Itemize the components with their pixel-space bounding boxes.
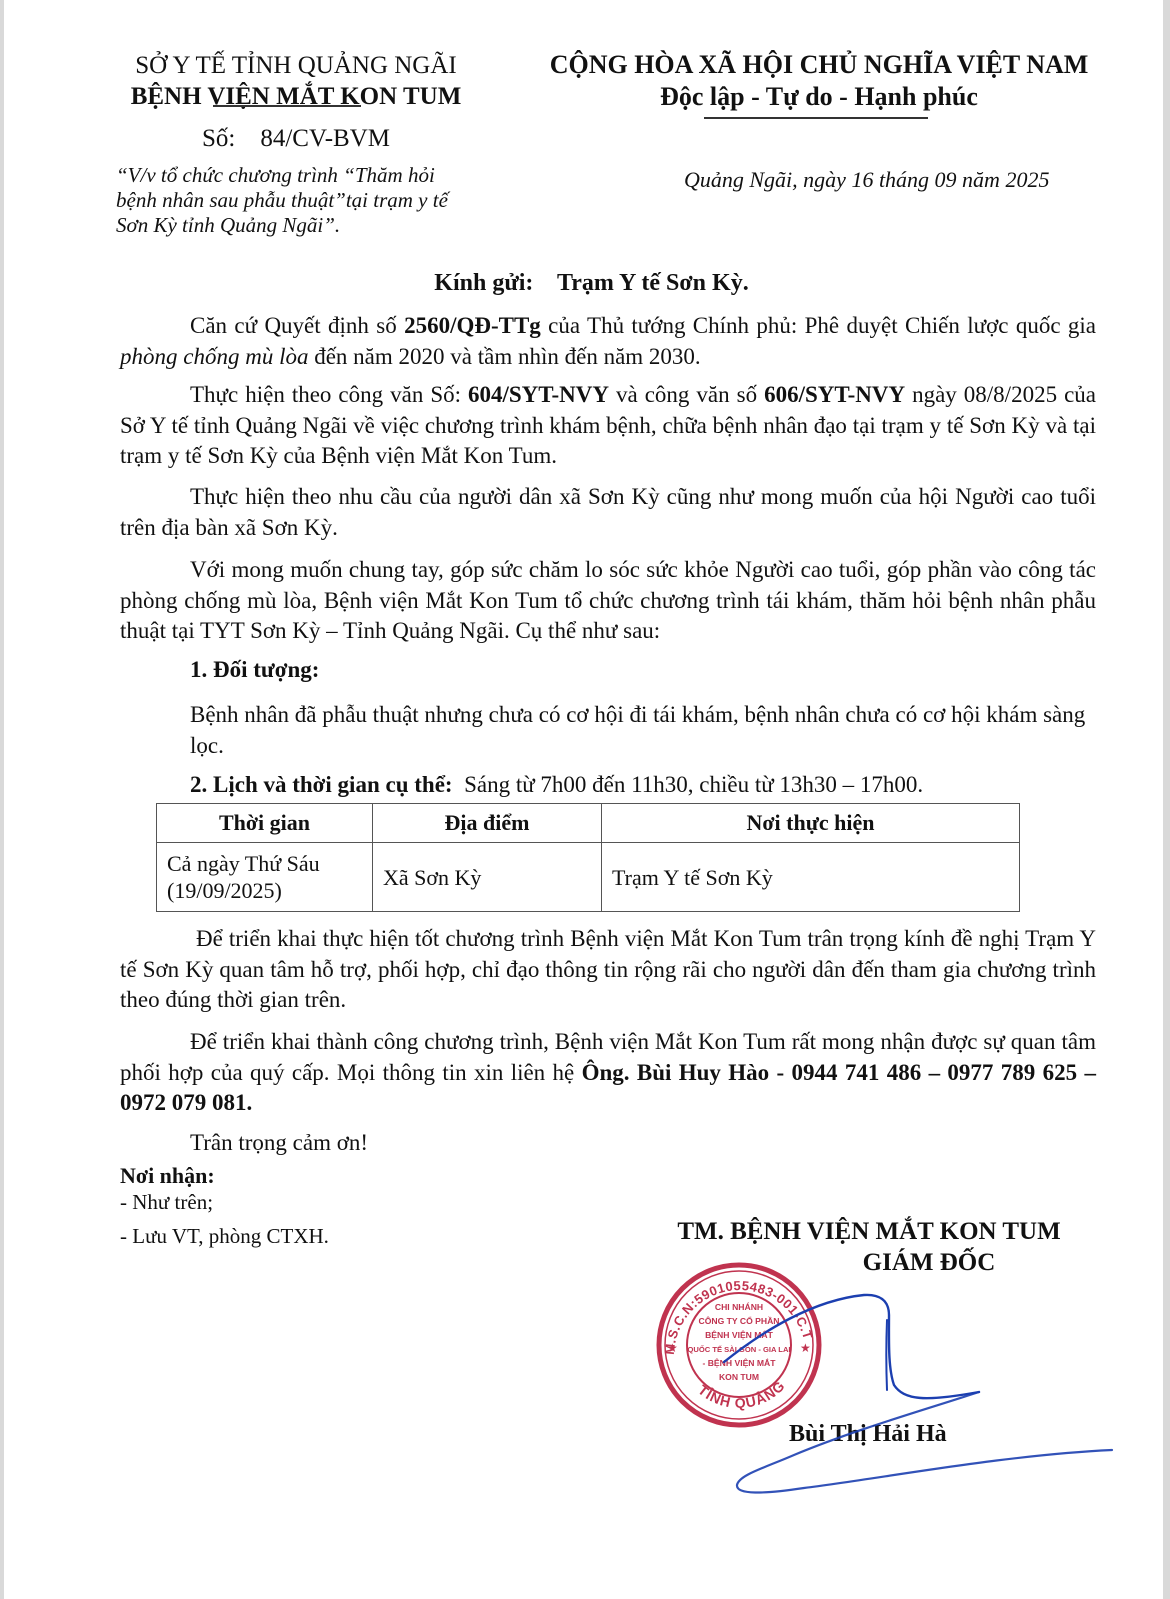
doc-number-label: Số: (202, 125, 235, 152)
schedule-table: Thời gian Địa điểm Nơi thực hiện Cả ngày… (156, 803, 1020, 912)
recipient-item: - Lưu VT, phòng CTXH. (120, 1223, 329, 1249)
svg-text:★: ★ (800, 1341, 811, 1355)
subject-block: “V/v tổ chức chương trình “Thăm hỏi bệnh… (116, 163, 448, 238)
motto-underline (704, 117, 928, 119)
section-2-body: Sáng từ 7h00 đến 11h30, chiều từ 13h30 –… (464, 772, 923, 797)
section-2-title: 2. Lịch và thời gian cụ thể: (190, 772, 453, 797)
subject-line: “V/v tổ chức chương trình “Thăm hỏi (116, 163, 448, 188)
national-header: CỘNG HÒA XÃ HỘI CHỦ NGHĨA VIỆT NAM Độc l… (534, 49, 1104, 113)
doc-number-value: 84/CV-BVM (260, 125, 390, 152)
stamp-center-line: BỆNH VIỆN MẮT (705, 1329, 774, 1340)
table-cell-time: Cả ngày Thứ Sáu (19/09/2025) (157, 843, 373, 912)
decision-number: 2560/QĐ-TTg (404, 313, 541, 338)
stamp-center-line: CÔNG TY CỔ PHẦN (698, 1315, 779, 1326)
recipients-title: Nơi nhận: (120, 1163, 329, 1189)
recipient-name: Trạm Y tế Sơn Kỳ. (557, 270, 749, 296)
official-stamp-icon: M.S.C.N:5901055483-001-C.T.C.P TỈNH QUẢN… (654, 1260, 824, 1430)
paragraph-contact: Để triển khai thành công chương trình, B… (120, 1027, 1096, 1119)
subject-line: Sơn Kỳ tỉnh Quảng Ngãi”. (116, 213, 448, 238)
section-1-title: 1. Đối tượng: (190, 657, 319, 683)
section-2-line: 2. Lịch và thời gian cụ thể: Sáng từ 7h0… (190, 772, 923, 798)
recipient-label: Kính gửi: (434, 270, 533, 296)
table-header: Nơi thực hiện (602, 804, 1020, 843)
recipients-block: Nơi nhận: - Như trên; - Lưu VT, phòng CT… (120, 1163, 329, 1249)
doc-number: Số: 84/CV-BVM (116, 123, 476, 154)
recipient-item: - Như trên; (120, 1189, 329, 1215)
letter-number-606: 606/SYT-NVY (764, 382, 905, 407)
place-date: Quảng Ngãi, ngày 16 tháng 09 năm 2025 (684, 167, 1049, 193)
closing-thanks: Trân trọng cảm ơn! (190, 1130, 368, 1156)
subject-line: bệnh nhân sau phẫu thuật”tại trạm y tế (116, 188, 448, 213)
table-header-row: Thời gian Địa điểm Nơi thực hiện (157, 804, 1020, 843)
letter-number-604: 604/SYT-NVY (468, 382, 609, 407)
stamp-center-line: CHI NHÁNH (715, 1302, 763, 1312)
signature-on-behalf: TM. BỆNH VIỆN MẮT KON TUM (654, 1216, 1084, 1247)
stamp-center-line: KON TUM (719, 1372, 759, 1382)
national-title: CỘNG HÒA XÃ HỘI CHỦ NGHĨA VIỆT NAM (534, 49, 1104, 81)
stamp-center-line: QUỐC TẾ SÀI GÒN - GIA LAI (687, 1344, 790, 1354)
national-motto: Độc lập - Tự do - Hạnh phúc (534, 81, 1104, 113)
stamp-center-line: - BỆNH VIỆN MẮT (702, 1357, 776, 1368)
agency-parent: SỞ Y TẾ TỈNH QUẢNG NGÃI (116, 50, 476, 81)
paragraph-request: Để triển khai thực hiện tốt chương trình… (120, 924, 1096, 1016)
table-cell-location: Xã Sơn Kỳ (373, 843, 602, 912)
svg-text:★: ★ (667, 1341, 678, 1355)
paragraph-needs: Thực hiện theo nhu cầu của người dân xã … (120, 482, 1096, 543)
paragraph-legal-basis: Căn cứ Quyết định số 2560/QĐ-TTg của Thủ… (120, 311, 1096, 372)
table-cell-venue: Trạm Y tế Sơn Kỳ (602, 843, 1020, 912)
table-header: Thời gian (157, 804, 373, 843)
document-page: SỞ Y TẾ TỈNH QUẢNG NGÃI BỆNH VIỆN MẮT KO… (4, 0, 1163, 1599)
agency-underline (213, 105, 361, 107)
signer-name: Bùi Thị Hải Hà (789, 1421, 947, 1448)
table-header: Địa điểm (373, 804, 602, 843)
paragraph-purpose: Với mong muốn chung tay, góp sức chăm lo… (120, 555, 1096, 647)
table-row: Cả ngày Thứ Sáu (19/09/2025) Xã Sơn Kỳ T… (157, 843, 1020, 912)
agency-name: BỆNH VIỆN MẮT KON TUM (116, 81, 476, 112)
paragraph-official-letters: Thực hiện theo công văn Số: 604/SYT-NVY … (120, 380, 1096, 472)
handwritten-signature-icon (4, 0, 1163, 1599)
section-1-body: Bệnh nhân đã phẫu thuật nhưng chưa có cơ… (190, 700, 1090, 761)
recipient-line: Kính gửi: Trạm Y tế Sơn Kỳ. (12, 270, 1170, 297)
agency-header: SỞ Y TẾ TỈNH QUẢNG NGÃI BỆNH VIỆN MẮT KO… (116, 50, 476, 154)
